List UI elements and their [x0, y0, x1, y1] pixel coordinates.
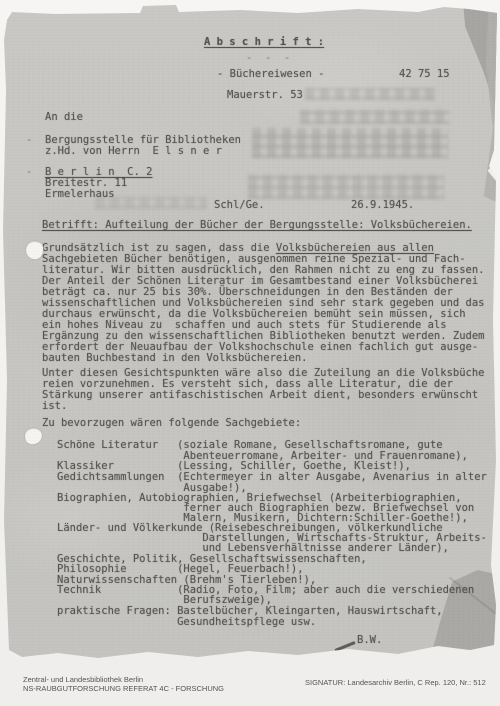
- typed-line: bauten Buchbestand in den Volksbüchereie…: [42, 353, 308, 364]
- typed-line: - Büchereiwesen -: [217, 69, 324, 80]
- typed-line: - - -: [246, 53, 290, 64]
- typed-line: 42 75 15: [399, 69, 450, 80]
- typed-line: Mauerstr. 53: [227, 90, 303, 101]
- typed-line: -: [26, 135, 32, 146]
- archive-library-line1: Zentral- und Landesbibliothek Berlin: [23, 675, 224, 684]
- typed-line: 26.9.1945.: [351, 200, 414, 211]
- typed-line: Zu bevorzugen wären folgende Sachgebiete…: [42, 418, 301, 429]
- typed-line: Schl/Ge.: [214, 200, 265, 211]
- typed-line: B.W.: [357, 635, 382, 646]
- archive-footer: Zentral- und Landesbibliothek Berlin NS-…: [0, 666, 500, 706]
- typed-line: -: [26, 167, 32, 178]
- archive-library-line2: NS-RAUBGUTFORSCHUNG REFERAT 4C - FORSCHU…: [23, 684, 224, 693]
- typed-text-layer: A b s c h r i f t :- - -- Büchereiwesen …: [0, 0, 500, 666]
- typed-line: z.Hd. von Herrn E l s n e r: [45, 146, 222, 157]
- typed-line: ist.: [42, 401, 67, 412]
- archive-signature-ref: SIGNATUR: Landesarchiv Berlin, C Rep. 12…: [305, 678, 486, 687]
- typed-line: An die: [45, 112, 83, 123]
- typed-line: Betrifft: Aufteilung der Bücher der Berg…: [42, 220, 472, 231]
- document-page: A b s c h r i f t :- - -- Büchereiwesen …: [0, 0, 500, 666]
- typed-line: Ermelerhaus: [45, 189, 115, 200]
- typed-line: Stärkung unserer antifaschistischen Arbe…: [42, 390, 478, 401]
- typed-line: Gesundheitspflege usw.: [57, 617, 316, 628]
- typed-line: A b s c h r i f t :: [204, 37, 324, 48]
- archive-library-caption: Zentral- und Landesbibliothek Berlin NS-…: [23, 675, 224, 693]
